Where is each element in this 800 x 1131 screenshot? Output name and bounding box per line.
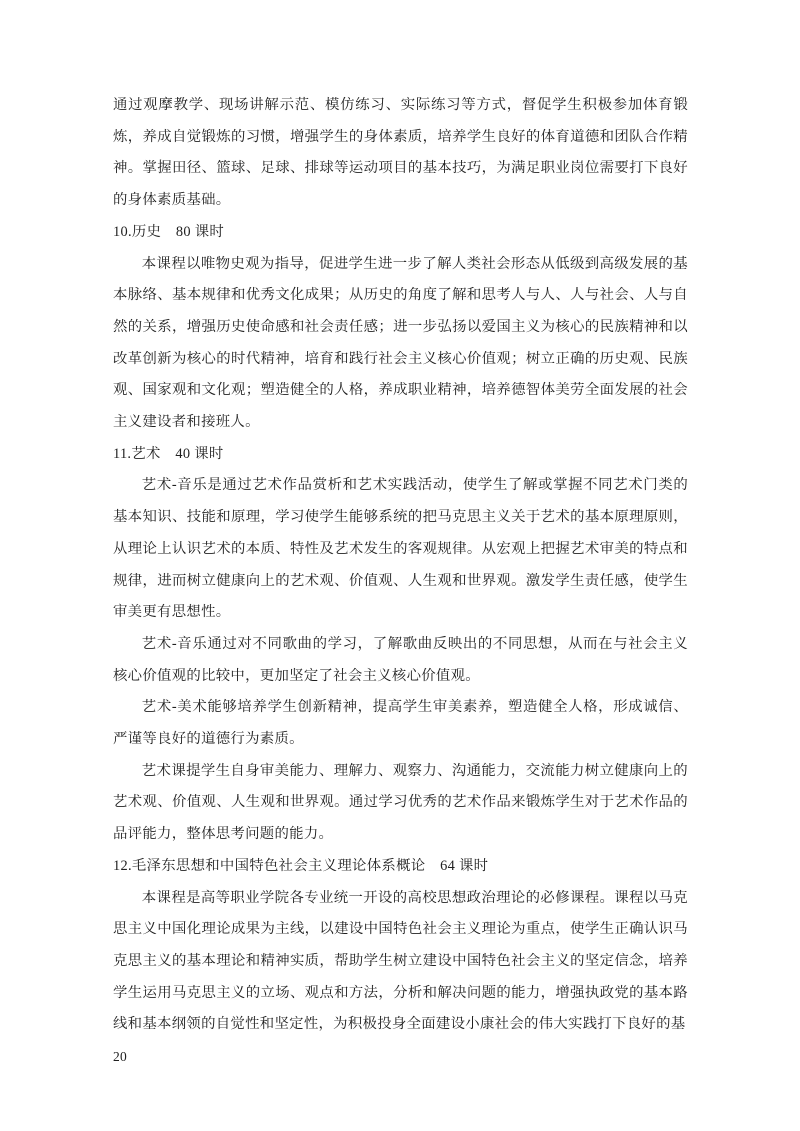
page-number: 20 [113,1041,688,1073]
section-heading-mao-theory: 12.毛泽东思想和中国特色社会主义理论体系概论 64 课时 [113,851,688,883]
section-heading-art: 11.艺术 40 课时 [113,439,688,471]
section-heading-history: 10.历史 80 课时 [113,217,688,249]
paragraph-history: 本课程以唯物史观为指导，促进学生进一步了解人类社会形态从低级到高级发展的基本脉络… [113,249,688,439]
paragraph-art-music-1: 艺术-音乐是通过艺术作品赏析和艺术实践活动，使学生了解或掌握不同艺术门类的基本知… [113,470,688,629]
paragraph-art-course-abilities: 艺术课提学生自身审美能力、理解力、观察力、沟通能力，交流能力树立健康向上的艺术观… [113,756,688,851]
paragraph-mao-theory: 本课程是高等职业学院各专业统一开设的高校思想政治理论的必修课程。课程以马克思主义… [113,883,688,1042]
document-page: 通过观摩教学、现场讲解示范、模仿练习、实际练习等方式，督促学生积极参加体育锻炼，… [0,0,800,1131]
paragraph-art-fine-art: 艺术-美术能够培养学生创新精神，提高学生审美素养，塑造健全人格，形成诚信、严谨等… [113,692,688,755]
paragraph-art-music-2: 艺术-音乐通过对不同歌曲的学习，了解歌曲反映出的不同思想，从而在与社会主义核心价… [113,629,688,692]
document-text-block: 通过观摩教学、现场讲解示范、模仿练习、实际练习等方式，督促学生积极参加体育锻炼，… [113,90,688,1073]
paragraph-pe-continuation: 通过观摩教学、现场讲解示范、模仿练习、实际练习等方式，督促学生积极参加体育锻炼，… [113,90,688,217]
